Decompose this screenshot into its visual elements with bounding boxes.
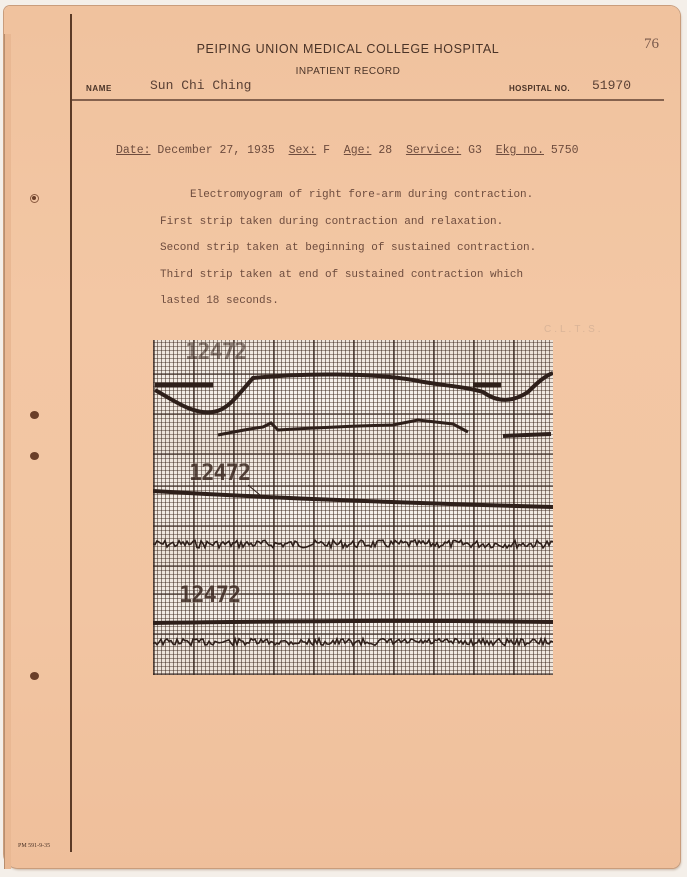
folder-tab-edge [4, 34, 11, 869]
description-line: lasted 18 seconds. [160, 288, 536, 315]
description-line: First strip taken during contraction and… [160, 209, 536, 236]
punch-hole [30, 411, 39, 419]
description-text: Electromyogram of right fore-arm during … [160, 182, 536, 315]
description-line: Second strip taken at beginning of susta… [160, 235, 536, 262]
emg-strip-1: 12472 [153, 340, 553, 455]
punch-hole [30, 672, 39, 680]
punch-hole [30, 452, 39, 460]
date-label: Date: [116, 144, 151, 157]
record-meta-line: Date: December 27, 1935 Sex: F Age: 28 S… [116, 144, 579, 157]
punch-hole [30, 194, 39, 203]
binding-margin-line [70, 14, 72, 852]
description-line: Electromyogram of right fore-arm during … [160, 182, 536, 209]
page-number: 76 [644, 36, 659, 53]
name-label: NAME [86, 84, 112, 93]
emg-strips: 12472 12472 12472 [153, 340, 554, 675]
sex-value: F [323, 144, 330, 157]
form-number: PM 591-9-35 [18, 843, 50, 849]
strip-label: 12472 [179, 583, 240, 608]
service-value: G3 [468, 144, 482, 157]
date-value: December 27, 1935 [157, 144, 274, 157]
strip-label: 12472 [189, 461, 250, 486]
hospital-no-label: HOSPITAL NO. [509, 84, 570, 93]
hospital-no-value: 51970 [592, 78, 631, 93]
institution-title: PEIPING UNION MEDICAL COLLEGE HOSPITAL [74, 42, 622, 56]
strip-label: 12472 [185, 340, 246, 365]
age-value: 28 [378, 144, 392, 157]
sex-label: Sex: [289, 144, 317, 157]
ekg-value: 5750 [551, 144, 579, 157]
header-rule [72, 99, 664, 101]
emg-strip-3: 12472 [153, 567, 553, 675]
description-line: Third strip taken at end of sustained co… [160, 262, 536, 289]
age-label: Age: [344, 144, 372, 157]
patient-name: Sun Chi Ching [150, 78, 251, 93]
faint-stamp: C.L.T.S. [544, 324, 604, 335]
service-label: Service: [406, 144, 461, 157]
emg-strip-2: 12472 [153, 455, 553, 567]
ekg-label: Ekg no. [496, 144, 544, 157]
record-type: INPATIENT RECORD [74, 66, 622, 77]
